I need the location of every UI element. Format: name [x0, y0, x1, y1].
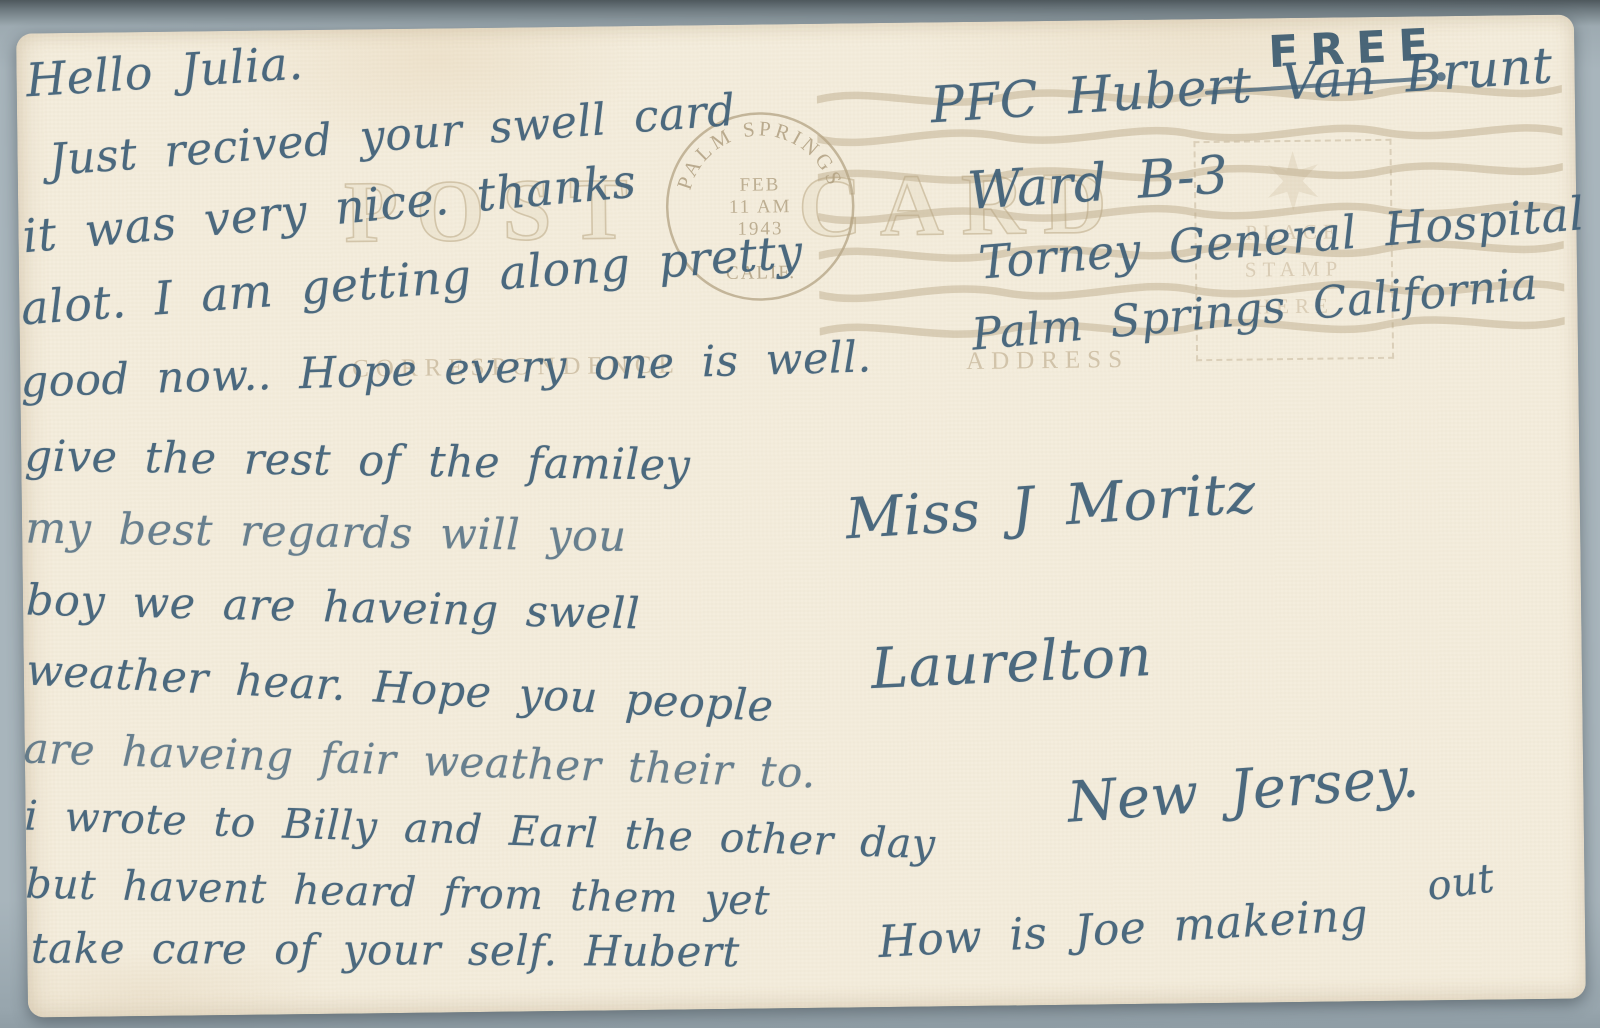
- message-line: good now.. Hope every one is well.: [20, 332, 872, 407]
- address-line-recipient-state: New Jersey.: [1065, 745, 1421, 836]
- message-line: How is Joe makeing: [877, 890, 1370, 968]
- message-line: but havent heard from them yet: [25, 860, 771, 925]
- message-signature-line: take care of your self. Hubert: [31, 923, 740, 976]
- message-line: i wrote to Billy and Earl the other day: [24, 792, 936, 869]
- message-line: Hello Julia.: [24, 36, 305, 108]
- message-line: boy we are haveing swell: [26, 576, 641, 640]
- message-line: weather hear. Hope you people: [25, 645, 775, 731]
- address-line-sender-name: PFC Hubert Van Brunt: [929, 36, 1555, 134]
- address-line-recipient-town: Laurelton: [869, 624, 1153, 702]
- handwriting-layer: FREE Hello Julia. Just recived your swel…: [16, 15, 1586, 1018]
- scan-background: POST CARD CORRESPONDENCE ADDRESS PLACE S…: [0, 0, 1600, 1028]
- message-line: are haveing fair weather their to.: [23, 724, 817, 798]
- message-line: give the rest of the familey: [24, 432, 691, 491]
- address-line-recipient-name: Miss J Moritz: [844, 461, 1258, 552]
- message-line: my best regards will you: [25, 504, 627, 562]
- message-line: out: [1424, 855, 1497, 910]
- postcard: POST CARD CORRESPONDENCE ADDRESS PLACE S…: [16, 15, 1586, 1018]
- address-line-ward: Ward B-3: [966, 145, 1231, 222]
